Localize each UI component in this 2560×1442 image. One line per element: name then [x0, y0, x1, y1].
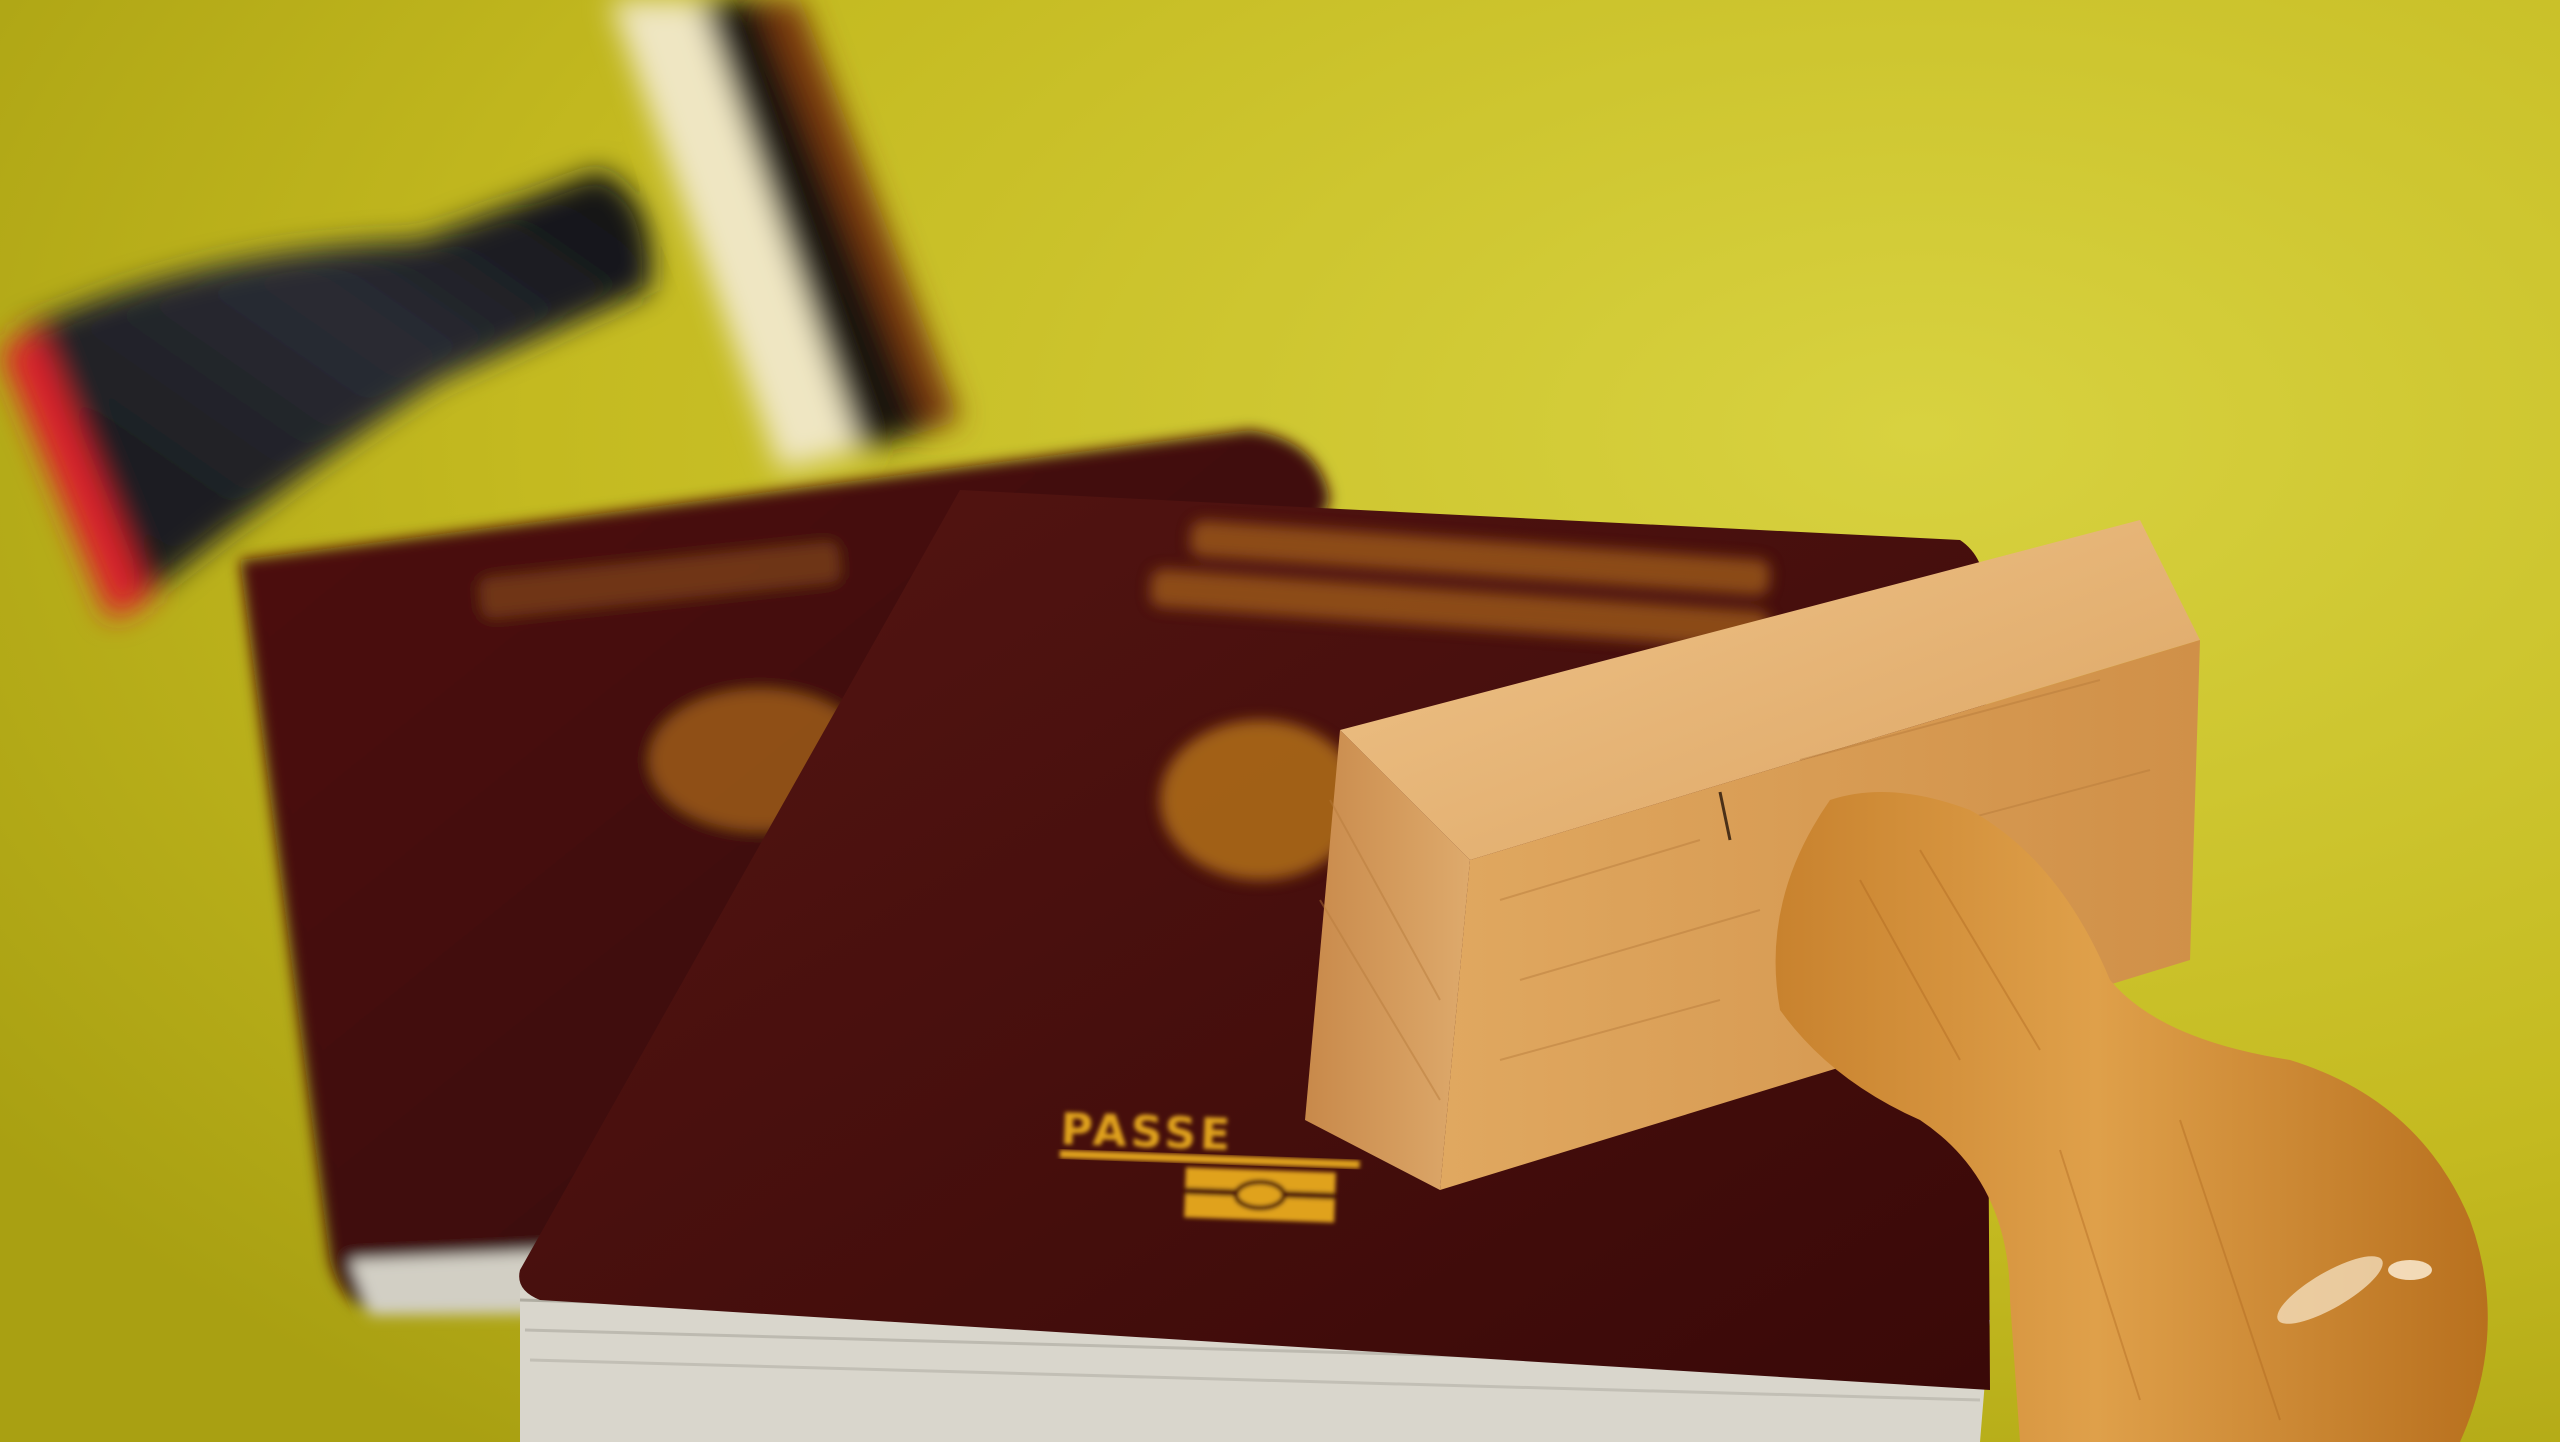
- biometric-chip-icon: [1184, 1167, 1336, 1222]
- photo-scene: PASSE: [0, 0, 2560, 1442]
